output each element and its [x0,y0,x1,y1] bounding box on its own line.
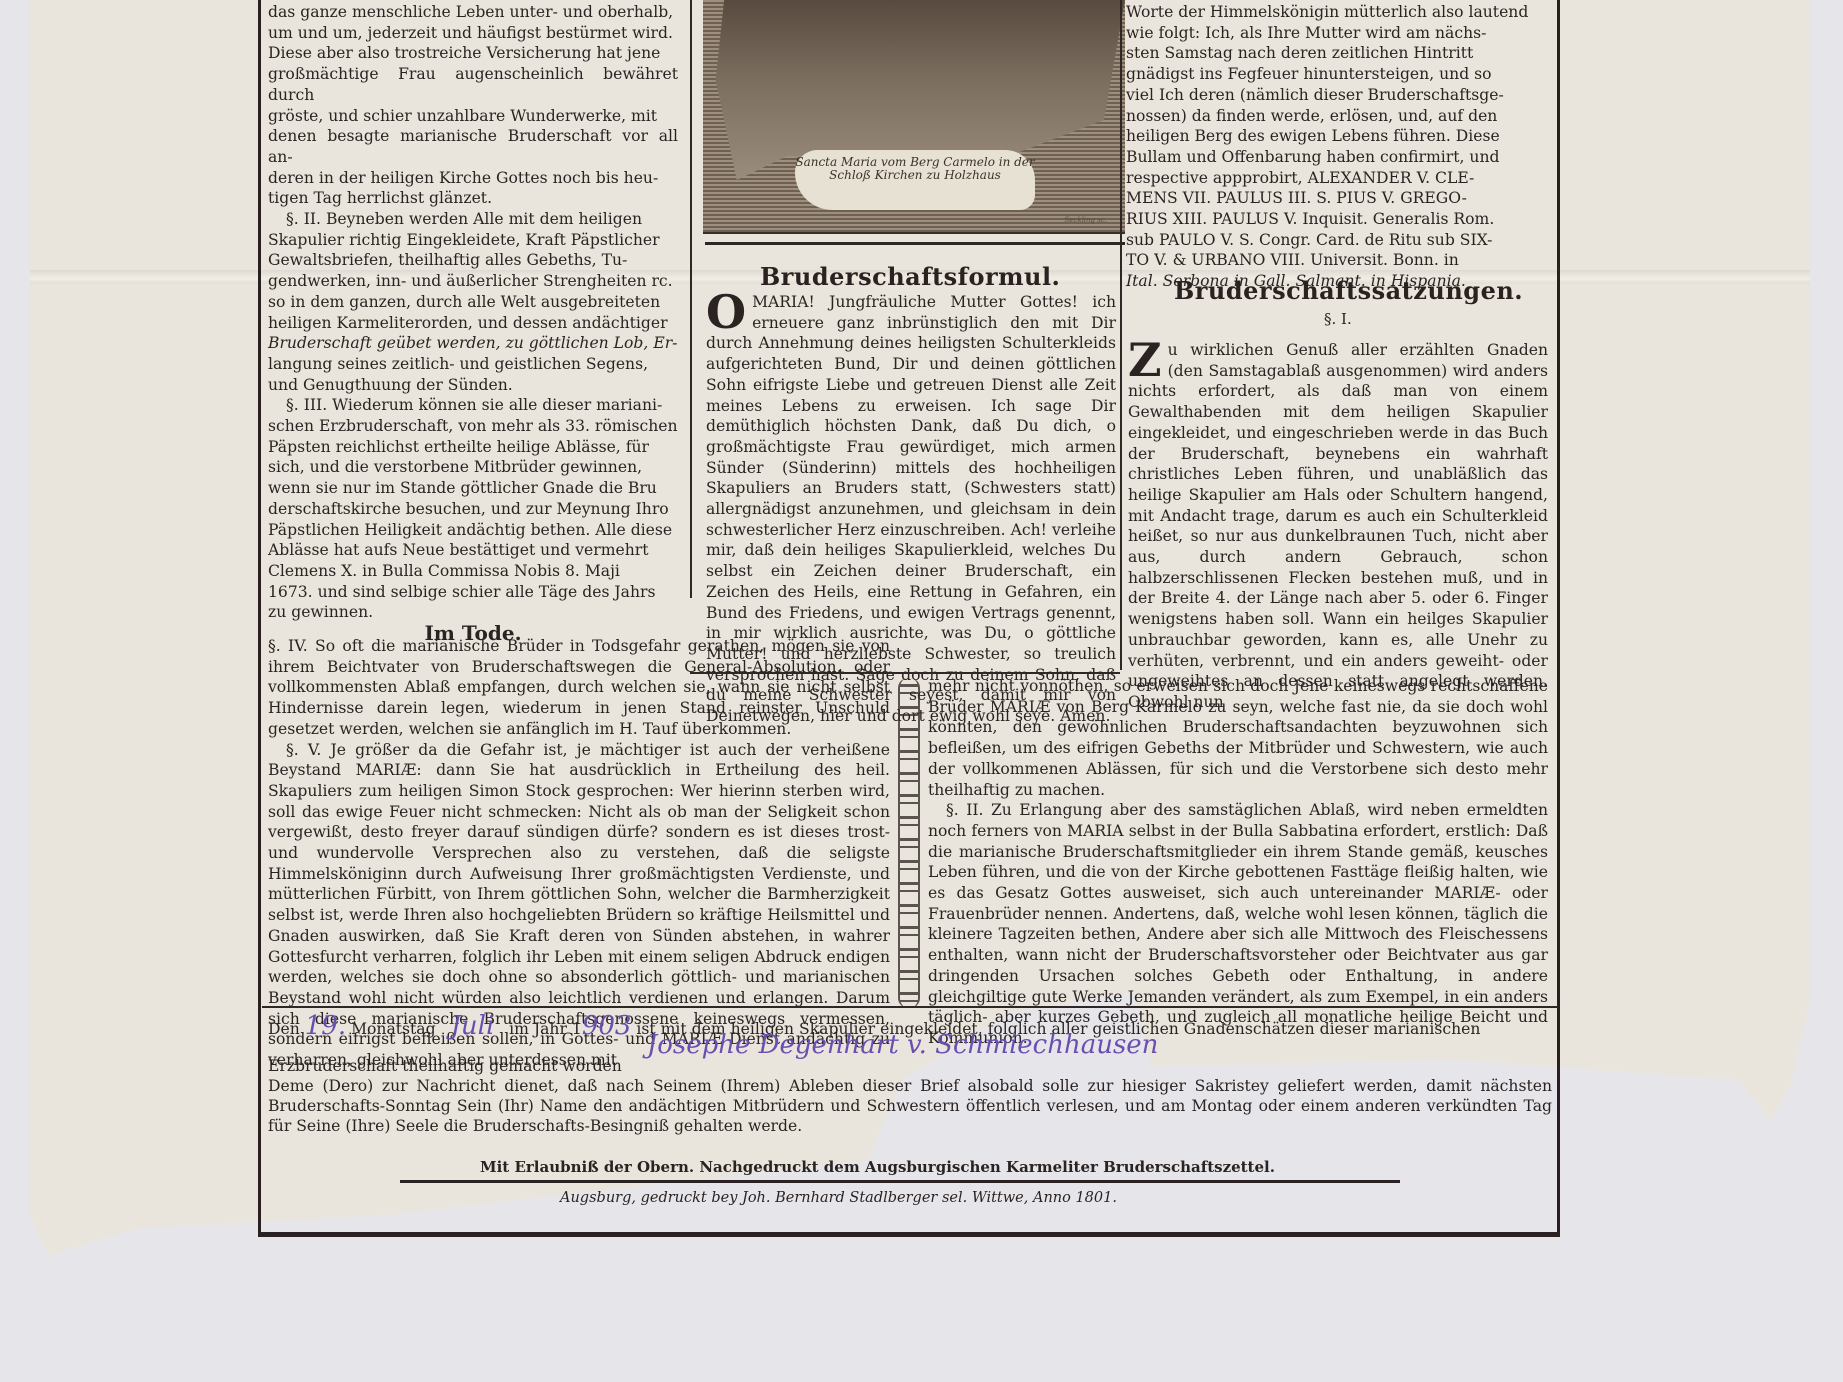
text-line: zu gewinnen. [268,602,678,623]
printer-imprint: Augsburg, gedruckt bey Joh. Bernhard Sta… [560,1190,1117,1206]
text-line: wie folgt: Ich, als Ihre Mutter wird am … [1126,23,1550,44]
text-line: deren in der heiligen Kirche Gottes noch… [268,168,678,189]
text-line: Bullam und Offenbarung haben confirmirt,… [1126,147,1550,168]
text-line: wenn sie nur im Stande göttlicher Gnade … [268,478,678,499]
text-line: so in dem ganzen, durch alle Welt ausgeb… [268,292,678,313]
text-line: gnädigst ins Fegfeuer hinuntersteigen, u… [1126,64,1550,85]
text-line: großmächtige Frau augenscheinlich bewähr… [268,64,678,105]
text-line: und Genugthuung der Sünden. [268,375,678,396]
text-line: Skapulier richtig Eingekleidete, Kraft P… [268,230,678,251]
enrollment-paragraph: Deme (Dero) zur Nachricht dienet, daß na… [268,1076,1552,1136]
statutes-body: u wirklichen Genuß aller erzählten Gnade… [1128,341,1548,711]
text-line: RIUS XIII. PAULUS V. Inquisit. Generalis… [1126,209,1550,230]
engraving-artist-signature: Seckling sc. [1064,216,1107,224]
statutes-section-ii: §. II. Zu Erlangung aber des samstäglich… [928,800,1548,1048]
text-line: schen Erzbruderschaft, von mehr als 33. … [268,416,678,437]
text-line: TO V. & URBANO VIII. Universit. Bonn. in [1126,250,1550,271]
print-note-rule [400,1180,1400,1183]
text-line: derschaftskirche besuchen, und zur Meynu… [268,499,678,520]
right-column-top: Worte der Himmelskönigin mütterlich also… [1126,2,1550,292]
text-line: 1673. und sind selbige schier alle Täge … [268,582,678,603]
text-line: Worte der Himmelskönigin mütterlich also… [1126,2,1550,23]
text-line: gendwerken, inn- und äußerlicher Strengh… [268,271,678,292]
statutes-dropcap: Z [1128,340,1162,380]
bottom-border-rule [258,1232,1560,1237]
text-line: Päpstlichen Heiligkeit andächtig bethen.… [268,520,678,541]
text-line: Diese aber also trostreiche Versicherung… [268,43,678,64]
formula-heading: Bruderschaftsformul. [760,262,1060,291]
text-line: gröste, und schier unzahlbare Wunderwerk… [268,106,678,127]
text-line: MENS VII. PAULUS III. S. PIUS V. GREGO- [1126,188,1550,209]
text-line: das ganze menschliche Leben unter- und o… [268,2,678,23]
text-line: Clemens X. in Bulla Commissa Nobis 8. Ma… [268,561,678,582]
enrollment-line-2: Erzbruderschaft theilhaftig gemacht word… [268,1053,1552,1076]
label-monatstag: Monatstag [351,1020,436,1038]
text-line: heiligen Berg des ewigen Lebens führen. … [1126,126,1550,147]
text-line: nossen) da finden werde, erlösen, und, a… [1126,106,1550,127]
text-line: denen besagte marianische Bruderschaft v… [268,126,678,167]
text-line: heiligen Karmeliterorden, und dessen and… [268,313,678,334]
statutes-heading: Bruderschaftssatzungen. [1174,276,1523,305]
text-line: um und um, jederzeit und häufigst bestür… [268,23,678,44]
column-divider [690,0,692,598]
text-line: langung seines zeitlich- und geistlichen… [268,354,678,375]
statutes-continuation: mehr nicht vonnöthen, so erweisen sich d… [928,676,1548,800]
text-line: respective appprobirt, ALEXANDER V. CLE- [1126,168,1550,189]
formula-dropcap: O [706,292,746,332]
handwritten-month: Juli [450,1011,494,1041]
text-line: Gewaltsbriefen, theilhaftig alles Gebeth… [268,250,678,271]
statutes-text: Z u wirklichen Genuß aller erzählten Gna… [1128,340,1548,713]
enrollment-label: Erzbruderschaft theilhaftig gemacht word… [268,1057,622,1075]
text-line: sich, und die verstorbene Mitbrüder gewi… [268,457,678,478]
bottom-right-column: mehr nicht vonnöthen, so erweisen sich d… [928,676,1548,1049]
section-ii-start: §. II. Beyneben werden Alle mit dem heil… [268,209,678,230]
text-line: viel Ich deren (nämlich dieser Brudersch… [1126,85,1550,106]
text-line: sub PAULO V. S. Congr. Card. de Ritu sub… [1126,230,1550,251]
statutes-section-i: §. I. [1324,310,1352,328]
print-permission-note: Mit Erlaubniß der Obern. Nachgedruckt de… [480,1158,1275,1176]
engraving-image: Sancta Maria vom Berg Carmelo in der Sch… [703,0,1125,234]
text-line: Päpsten reichlichst ertheilte heilige Ab… [268,437,678,458]
label-den: Den [268,1020,300,1038]
ornamental-divider [898,678,920,1008]
engraving-caption: Sancta Maria vom Berg Carmelo in der Sch… [795,150,1035,210]
enrollment-top-rule [262,1006,1558,1008]
text-line: Ablässe hat aufs Neue bestättiget und ve… [268,540,678,561]
section-iii-start: §. III. Wiederum können sie alle dieser … [268,395,678,416]
column-divider [1120,0,1122,670]
handwritten-day: 19. [305,1011,346,1041]
text-line: Bruderschaft geübet werden, zu göttliche… [268,333,678,354]
enrollment-section: Den 19. Monatstag Juli im Jahr 1903 ist … [268,1016,1552,1136]
left-column: das ganze menschliche Leben unter- und o… [268,2,678,644]
engraving-rule [705,242,1125,245]
text-line: sten Samstag nach deren zeitlichen Hintr… [1126,43,1550,64]
handwritten-year: 903 [582,1011,632,1041]
handwritten-name: Josephe Degenhart v. Schmiechhausen [647,1030,1159,1060]
section-iv: §. IV. So oft die marianische Brüder in … [268,636,890,740]
text-line: tigen Tag herrlichst glänzet. [268,188,678,209]
label-im-jahr: im Jahr 1 [509,1020,582,1038]
